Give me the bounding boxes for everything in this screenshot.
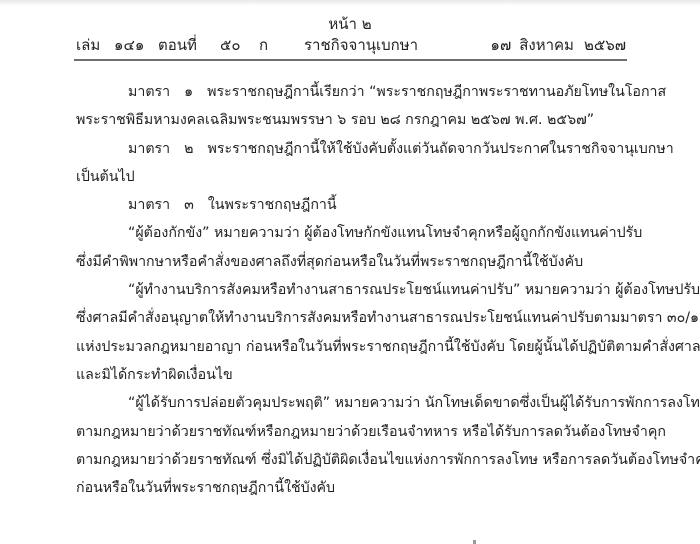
volume-number: ๑๔๑ (114, 34, 144, 56)
page-number: หน้า ๒ (0, 14, 700, 34)
header-divider (74, 59, 627, 61)
definition-detainee-line-1: “ผู้ต้องกักขัง” หมายความว่า ผู้ต้องโทษกั… (76, 219, 626, 247)
date-year: ๒๕๖๗ (584, 36, 626, 54)
publication-title: ราชกิจจานุเบกษา (304, 34, 418, 56)
gazette-section: ก (259, 34, 268, 56)
definition-detainee-line-2: ซึ่งมีคำพิพากษาหรือคำสั่งของศาลถึงที่สุด… (76, 248, 626, 276)
definition-parolee-line-2: ตามกฎหมายว่าด้วยราชทัณฑ์หรือกฎหมายว่าด้ว… (76, 418, 626, 446)
gazette-page: หน้า ๒ เล่ม ๑๔๑ ตอนที่ ๕๐ ก ราชกิจจานุเบ… (0, 0, 700, 544)
date-day: ๑๗ (490, 36, 511, 54)
document-body: มาตรา๑พระราชกฤษฎีกานี้เรียกว่า “พระราชกฤ… (76, 78, 626, 502)
section-3-line-1: มาตรา๓ในพระราชกฤษฎีกานี้ (76, 191, 626, 219)
gazette-running-header: เล่ม ๑๔๑ ตอนที่ ๕๐ ก ราชกิจจานุเบกษา ๑๗ส… (76, 34, 626, 56)
section-1-line-2: พระราชพิธีมหามงคลเฉลิมพระชนมพรรษา ๖ รอบ … (76, 106, 626, 134)
section-text: ในพระราชกฤษฎีกานี้ (208, 197, 337, 213)
section-number: ๒ (184, 141, 193, 157)
section-number: ๑ (184, 84, 193, 100)
section-number: ๓ (184, 197, 194, 213)
definition-parolee-line-1: “ผู้ได้รับการปล่อยตัวคุมประพฤติ” หมายควา… (76, 389, 626, 417)
section-label: มาตรา (128, 197, 170, 213)
issue-label: ตอนที่ (158, 34, 197, 56)
next-line-cutoff-mark (473, 540, 476, 544)
section-label: มาตรา (128, 141, 170, 157)
section-2-line-1: มาตรา๒พระราชกฤษฎีกานี้ให้ใช้บังคับตั้งแต… (76, 135, 626, 163)
definition-community-service-line-1: “ผู้ทำงานบริการสังคมหรือทำงานสาธารณประโย… (76, 276, 626, 304)
definition-community-service-line-2: ซึ่งศาลมีคำสั่งอนุญาตให้ทำงานบริการสังคม… (76, 304, 626, 332)
section-text: พระราชกฤษฎีกานี้ให้ใช้บังคับตั้งแต่วันถั… (207, 141, 673, 157)
section-label: มาตรา (128, 84, 170, 100)
definition-community-service-line-4: และมิได้กระทำผิดเงื่อนไข (76, 361, 626, 389)
definition-parolee-line-3: ตามกฎหมายว่าด้วยราชทัณฑ์ ซึ่งมิได้ปฏิบัต… (76, 446, 626, 474)
section-2-line-2: เป็นต้นไป (76, 163, 626, 191)
section-1-line-1: มาตรา๑พระราชกฤษฎีกานี้เรียกว่า “พระราชกฤ… (76, 78, 626, 106)
publication-date: ๑๗สิงหาคม๒๕๖๗ (490, 34, 626, 56)
definition-parolee-line-4: ก่อนหรือในวันที่พระราชกฤษฎีกานี้ใช้บังคั… (76, 474, 626, 502)
definition-community-service-line-3: แห่งประมวลกฎหมายอาญา ก่อนหรือในวันที่พระ… (76, 333, 626, 361)
volume-label: เล่ม (76, 34, 100, 56)
date-month: สิงหาคม (519, 36, 574, 54)
section-text: พระราชกฤษฎีกานี้เรียกว่า “พระราชกฤษฎีกาพ… (207, 84, 666, 100)
issue-number: ๕๐ (220, 34, 241, 56)
